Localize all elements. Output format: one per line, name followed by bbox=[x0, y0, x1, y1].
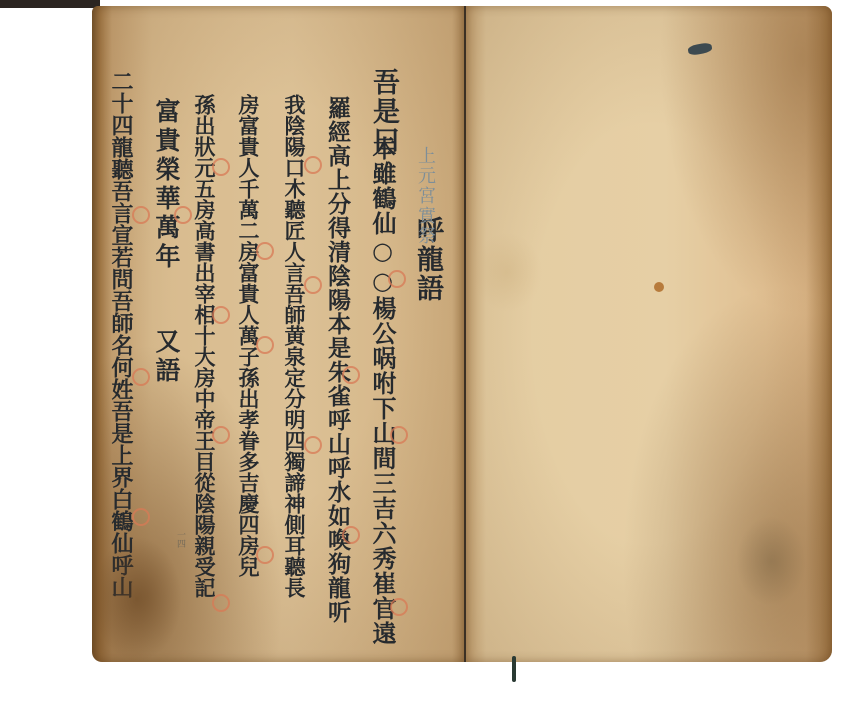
text-column-8: 又語 bbox=[154, 328, 179, 386]
red-annotation-mark bbox=[304, 436, 322, 454]
brown-spot bbox=[654, 282, 664, 292]
red-annotation-mark bbox=[256, 242, 274, 260]
text-column-9: 二十四龍聽吾言宣若問吾師名何姓吾是上界白鶴仙呼山 bbox=[110, 70, 132, 598]
water-damage-stain bbox=[92, 536, 182, 662]
text-column-7: 富貴榮華萬年 bbox=[154, 98, 179, 272]
text-column-5: 房富貴人千萬二房富貴人萬子孫出孝眷多吉慶四房兒 bbox=[238, 94, 259, 577]
red-annotation-mark bbox=[342, 366, 360, 384]
text-column-4: 我陰陽口木聽匠人言吾師黄泉定分明四獨諦神側耳聽長 bbox=[284, 94, 305, 598]
red-annotation-mark bbox=[304, 156, 322, 174]
red-annotation-mark bbox=[132, 508, 150, 526]
red-annotation-mark bbox=[390, 598, 408, 616]
left-page: 呼龍語 上元宮實祭 吾是曰 本雖鶴仙○○楊公㖞咐下山間三吉六秀崔官遠 羅經高上分… bbox=[92, 6, 464, 662]
red-annotation-mark bbox=[174, 206, 192, 224]
scan-frame-edge bbox=[0, 0, 100, 8]
red-annotation-mark bbox=[212, 158, 230, 176]
red-annotation-mark bbox=[212, 306, 230, 324]
red-annotation-mark bbox=[304, 276, 322, 294]
paper-fold-mark bbox=[472, 232, 542, 312]
red-annotation-mark bbox=[256, 546, 274, 564]
right-page bbox=[464, 6, 832, 662]
ink-blot bbox=[687, 42, 712, 56]
red-annotation-mark bbox=[212, 594, 230, 612]
page-marker: 一四 bbox=[174, 530, 187, 548]
red-annotation-mark bbox=[256, 336, 274, 354]
red-annotation-mark bbox=[212, 426, 230, 444]
red-annotation-mark bbox=[388, 270, 406, 288]
dark-stain bbox=[736, 516, 806, 606]
red-annotation-mark bbox=[342, 526, 360, 544]
red-annotation-mark bbox=[132, 368, 150, 386]
text-column-2: 本雖鶴仙○○楊公㖞咐下山間三吉六秀崔官遠 bbox=[370, 136, 394, 646]
faint-header: 上元宮實祭 bbox=[416, 146, 434, 246]
open-book: 呼龍語 上元宮實祭 吾是曰 本雖鶴仙○○楊公㖞咐下山間三吉六秀崔官遠 羅經高上分… bbox=[92, 6, 832, 662]
red-annotation-mark bbox=[390, 426, 408, 444]
binding-thread bbox=[512, 656, 516, 682]
red-annotation-mark bbox=[132, 206, 150, 224]
text-column-3: 羅經高上分得清陰陽本是朱雀呼山呼水如喚狗龍听 bbox=[326, 96, 349, 624]
